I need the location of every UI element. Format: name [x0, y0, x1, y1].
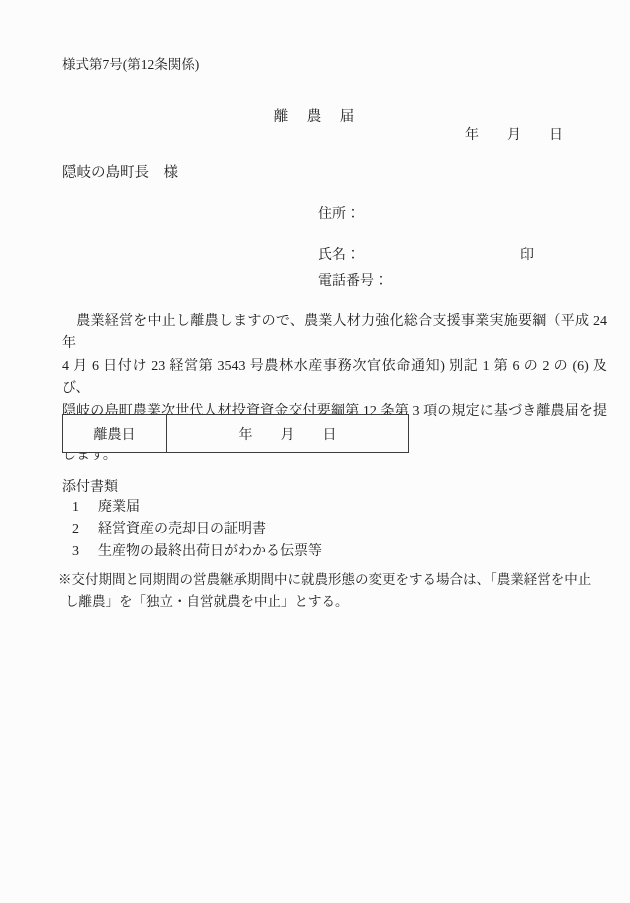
attachments-list: 1廃業届 2経営資産の売却日の証明書 3生産物の最終出荷日がわかる伝票等	[72, 497, 322, 563]
footnote: ※交付期間と同期間の営農継承期間中に就農形態の変更をする場合は、「農業経営を中止…	[65, 569, 605, 614]
quit-date-table: 離農日 年 月 日	[62, 414, 409, 453]
attachment-item: 2経営資産の売却日の証明書	[72, 519, 322, 541]
document-page: 様式第7号(第12条関係) 離 農 届 年 月 日 隠岐の島町長 様 住所： 氏…	[0, 0, 630, 903]
attachment-item: 3生産物の最終出荷日がわかる伝票等	[72, 541, 322, 563]
document-title: 離 農 届	[0, 105, 630, 126]
attachment-number: 1	[72, 497, 98, 519]
attachment-label: 生産物の最終出荷日がわかる伝票等	[98, 544, 322, 559]
quit-date-value-cell: 年 月 日	[167, 415, 408, 452]
addressee: 隠岐の島町長 様	[62, 161, 178, 182]
quit-date-label-cell: 離農日	[63, 415, 167, 452]
header-date-line: 年 月 日	[465, 124, 563, 144]
attachment-label: 廃業届	[98, 500, 140, 515]
phone-label: 電話番号：	[318, 270, 388, 290]
attachment-number: 3	[72, 541, 98, 563]
address-label: 住所：	[318, 203, 360, 223]
seal-mark: 印	[520, 244, 534, 264]
name-label: 氏名：	[318, 244, 360, 264]
attachment-item: 1廃業届	[72, 497, 322, 519]
attachments-heading: 添付書類	[62, 476, 118, 496]
form-number: 様式第7号(第12条関係)	[62, 53, 199, 73]
attachment-label: 経営資産の売却日の証明書	[98, 522, 266, 537]
attachment-number: 2	[72, 519, 98, 541]
